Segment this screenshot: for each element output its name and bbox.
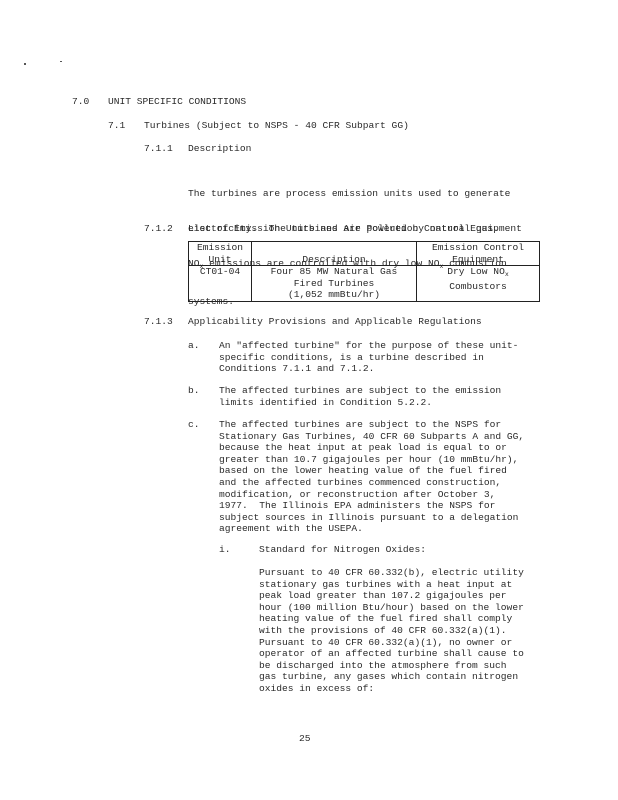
section-number: 7.0 <box>72 96 89 108</box>
cell-unit: CT01-04 <box>189 266 252 302</box>
description-line: The turbines are process emission units … <box>188 188 510 200</box>
section-title: UNIT SPECIFIC CONDITIONS <box>108 96 246 108</box>
subsection-number: 7.1 <box>108 120 125 132</box>
header-description: Description <box>252 242 417 266</box>
scan-speck <box>60 61 62 62</box>
sub-item-i-text: Pursuant to 40 CFR 60.332(b), electric u… <box>259 567 524 695</box>
scan-speck <box>24 63 26 65</box>
item-a-text: An "affected turbine" for the purpose of… <box>219 340 518 375</box>
sub-item-i-title: Standard for Nitrogen Oxides: <box>259 544 426 556</box>
header-control-equipment: Emission Control Equipment <box>417 242 540 266</box>
table-row: CT01-04 Four 85 MW Natural Gas Fired Tur… <box>189 266 540 302</box>
item-b-text: The affected turbines are subject to the… <box>219 385 501 408</box>
description-title: Description <box>188 143 251 155</box>
units-list-number: 7.1.2 <box>144 223 173 235</box>
cell-description: Four 85 MW Natural Gas Fired Turbines (1… <box>252 266 417 302</box>
sub-item-i-label: i. <box>219 544 231 556</box>
applicability-title: Applicability Provisions and Applicable … <box>188 316 482 328</box>
item-a-label: a. <box>188 340 200 352</box>
item-b-label: b. <box>188 385 200 397</box>
cell-control: Dry Low NOx Combustors <box>417 266 540 302</box>
units-list-title: List of Emission Units and Air Pollution… <box>188 223 522 235</box>
page-number: 25 <box>299 733 311 745</box>
header-emission-unit: Emission Unit <box>189 242 252 266</box>
description-number: 7.1.1 <box>144 143 173 155</box>
applicability-number: 7.1.3 <box>144 316 173 328</box>
table-header-row: Emission Unit Description Emission Contr… <box>189 242 540 266</box>
item-c-label: c. <box>188 419 200 431</box>
subsection-title: Turbines (Subject to NSPS - 40 CFR Subpa… <box>144 120 409 132</box>
emission-units-table: Emission Unit Description Emission Contr… <box>188 241 540 302</box>
item-c-text: The affected turbines are subject to the… <box>219 419 524 535</box>
